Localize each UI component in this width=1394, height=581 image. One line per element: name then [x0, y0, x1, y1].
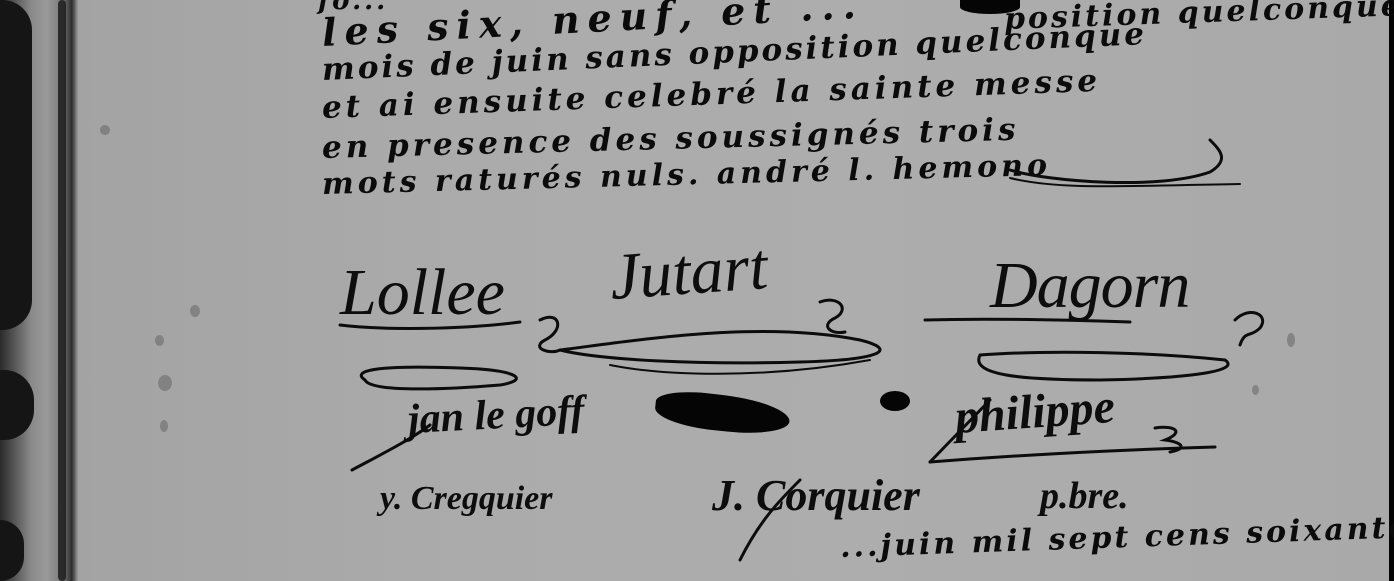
- paper-spot: [160, 420, 168, 432]
- signature-lollee: Lollee: [340, 255, 505, 331]
- ink-blot: [880, 391, 910, 411]
- binding-shadow-mid: [0, 370, 34, 440]
- paper-spot: [190, 305, 200, 317]
- signature-pbre: p.bre.: [1040, 474, 1129, 518]
- signature-corquier: J. Corquier: [712, 470, 920, 521]
- paper-spot: [158, 375, 172, 391]
- signature-cregquier: y. Cregquier: [380, 480, 553, 518]
- signature-jan-le-goff: jan le goff: [407, 387, 586, 444]
- paper-spot: [100, 125, 110, 135]
- binding-strip: [58, 0, 66, 581]
- binding-shadow-bottom: [0, 520, 24, 581]
- paper-spot: [1287, 333, 1295, 347]
- document-page: fo... les six, neuf, et ... position que…: [0, 0, 1394, 581]
- binding-shadow-top: [0, 0, 32, 330]
- signature-jutart: Jutart: [607, 229, 770, 316]
- page-right-edge: [1389, 0, 1394, 581]
- paper-spot: [1252, 385, 1259, 395]
- book-binding-edge: [0, 0, 78, 581]
- signature-philippe: philippe: [953, 379, 1116, 445]
- paper-spot: [155, 335, 164, 346]
- signature-dagorn: Dagorn: [990, 248, 1189, 324]
